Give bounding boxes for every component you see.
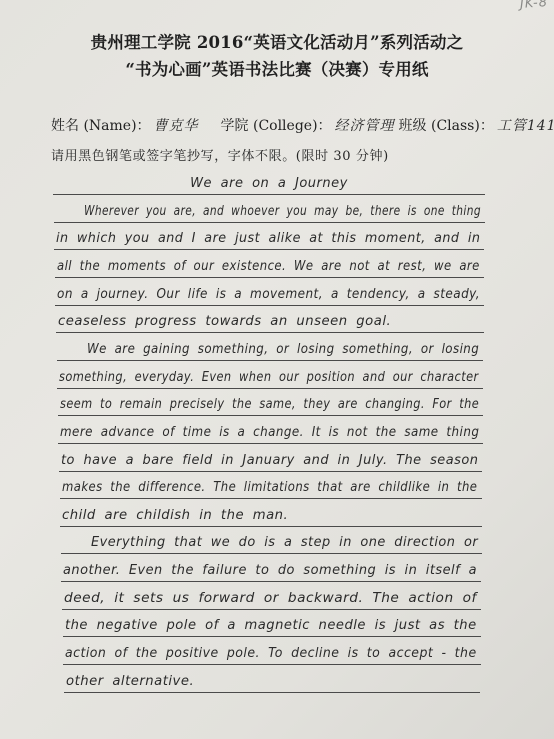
essay-line: to have a bare field in January and in J… [61, 453, 478, 468]
ruled-line [53, 194, 485, 195]
essay-line: something, everyday. Even when our posit… [59, 370, 479, 385]
essay-line: We are gaining something, or losing some… [87, 342, 479, 357]
essay-line: Everything that we do is a step in one d… [91, 535, 478, 550]
ruled-line [58, 443, 483, 444]
essay-line: mere advance of time is a change. It is … [60, 425, 479, 440]
ruled-line [57, 360, 483, 361]
ruled-line [61, 581, 481, 582]
ruled-line [63, 636, 481, 637]
ruled-line [64, 692, 480, 693]
essay-line: other alternative. [66, 674, 194, 689]
essay-line: in which you and I are just alike at thi… [56, 231, 480, 246]
handwriting-area: We are on a JourneyWherever you are, and… [0, 0, 554, 739]
ruled-line [60, 526, 482, 527]
essay-line: seem to remain precisely the same, they … [60, 397, 479, 412]
ruled-line [63, 664, 481, 665]
ruled-line [59, 471, 482, 472]
essay-line: child are childish in the man. [62, 508, 288, 523]
essay-line: another. Even the failure to do somethin… [63, 563, 477, 578]
ruled-line [56, 332, 484, 333]
ruled-line [57, 388, 483, 389]
essay-line: deed, it sets us forward or backward. Th… [64, 591, 477, 606]
ruled-line [61, 553, 482, 554]
ruled-line [55, 305, 484, 306]
essay-line: makes the difference. The limitations th… [62, 480, 477, 495]
essay-line: ceaseless progress towards an unseen goa… [58, 314, 391, 329]
ruled-line [55, 277, 484, 278]
ruled-line [58, 415, 483, 416]
ruled-line [62, 609, 481, 610]
essay-line: Wherever you are, and whoever you may be… [84, 204, 481, 219]
essay-line: all the moments of our existence. We are… [57, 259, 480, 274]
ruled-line [54, 222, 485, 223]
essay-line: the negative pole of a magnetic needle i… [65, 618, 477, 633]
essay-line: action of the positive pole. To decline … [65, 646, 477, 661]
essay-line: on a journey. Our life is a movement, a … [57, 287, 480, 302]
essay-title: We are on a Journey [53, 176, 485, 191]
ruled-line [60, 498, 482, 499]
ruled-line [54, 249, 484, 250]
